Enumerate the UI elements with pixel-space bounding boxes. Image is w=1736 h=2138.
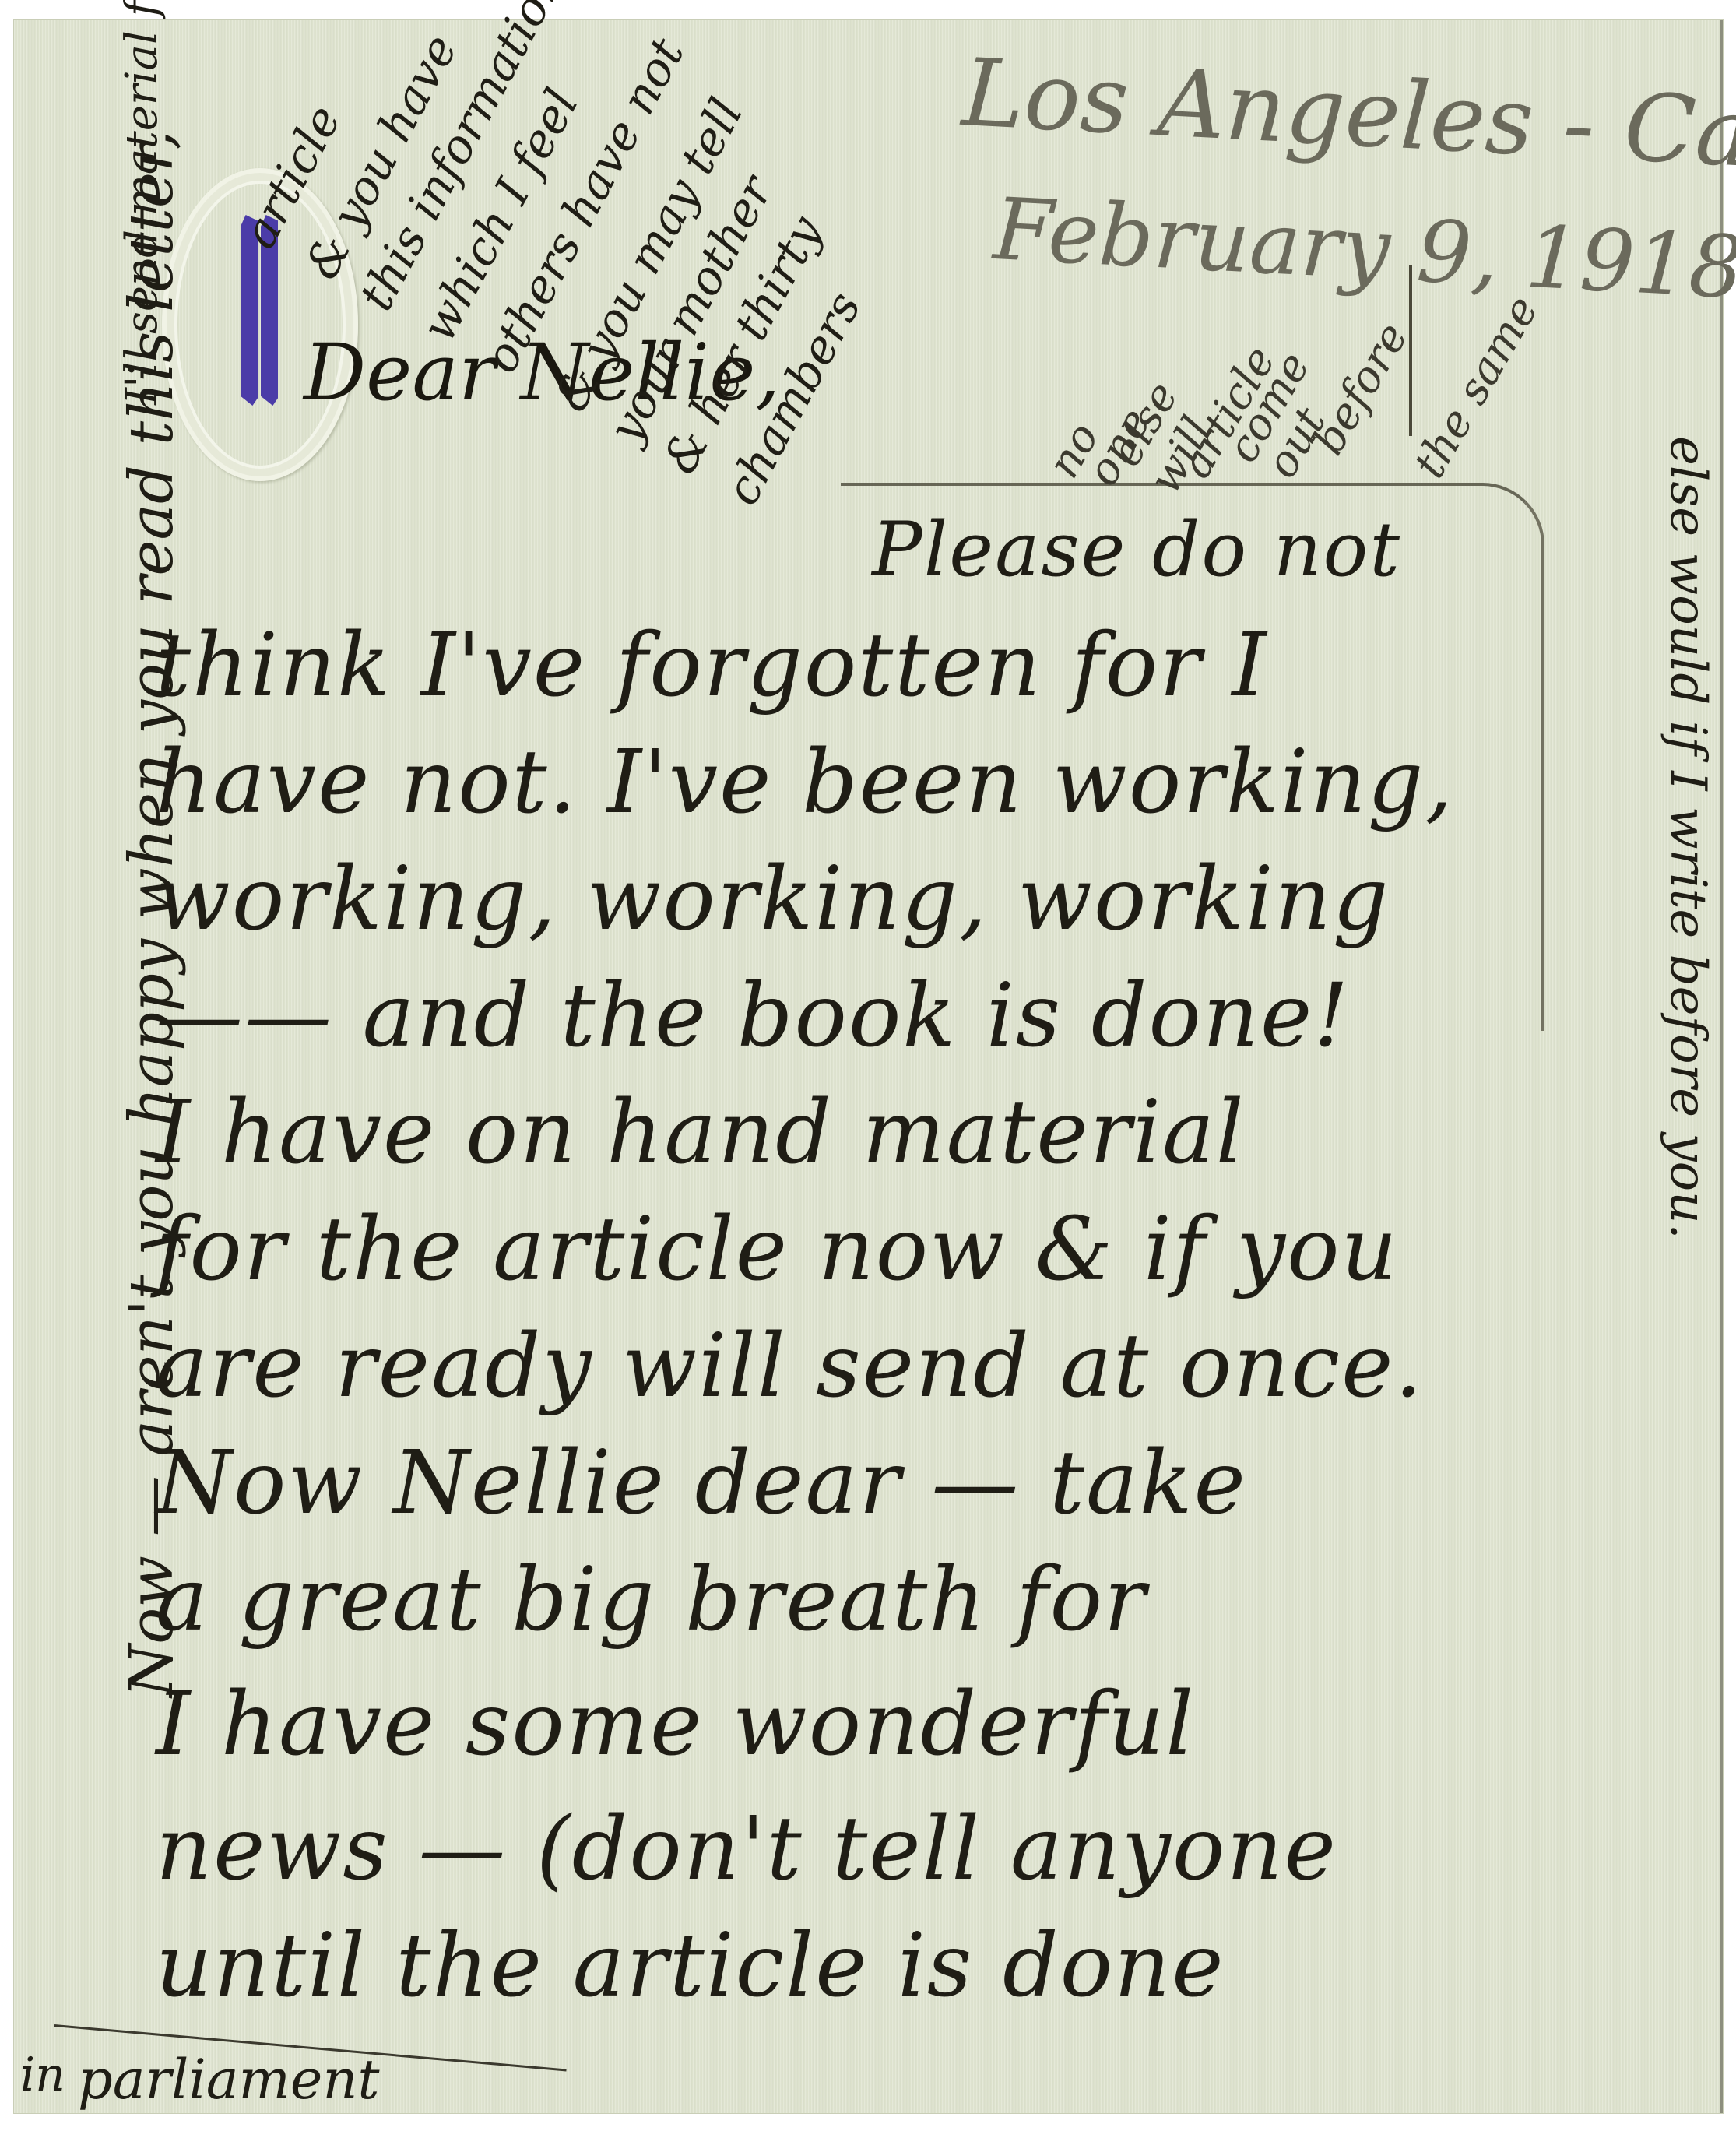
body-line: I have on hand material [156,1082,1246,1183]
body-line: I have some wonderful [156,1674,1195,1775]
body-line: news — (don't tell anyone [156,1799,1337,1900]
footnote: parliament [78,2048,380,2112]
body-line: Please do not [872,506,1401,593]
body-line: until the article is done [156,1915,1225,2017]
body-line: are ready will send at once. [156,1316,1424,1417]
body-line: Now Nellie dear — take [156,1433,1247,1534]
body-line: have not. I've been working, [156,732,1454,833]
body-line: for the article now & if you [156,1199,1399,1300]
body-line: working, working, working [156,849,1390,950]
right-margin-note: else would if I write before you. [1659,436,1717,1240]
body-line: think I've forgotten for I [156,615,1268,716]
body-line: —— and the book is done! [156,965,1350,1067]
left-margin-note-2: I'll send material for [117,0,167,405]
body-line: a great big breath for [156,1549,1147,1651]
footnote-prefix: in [20,2048,65,2102]
